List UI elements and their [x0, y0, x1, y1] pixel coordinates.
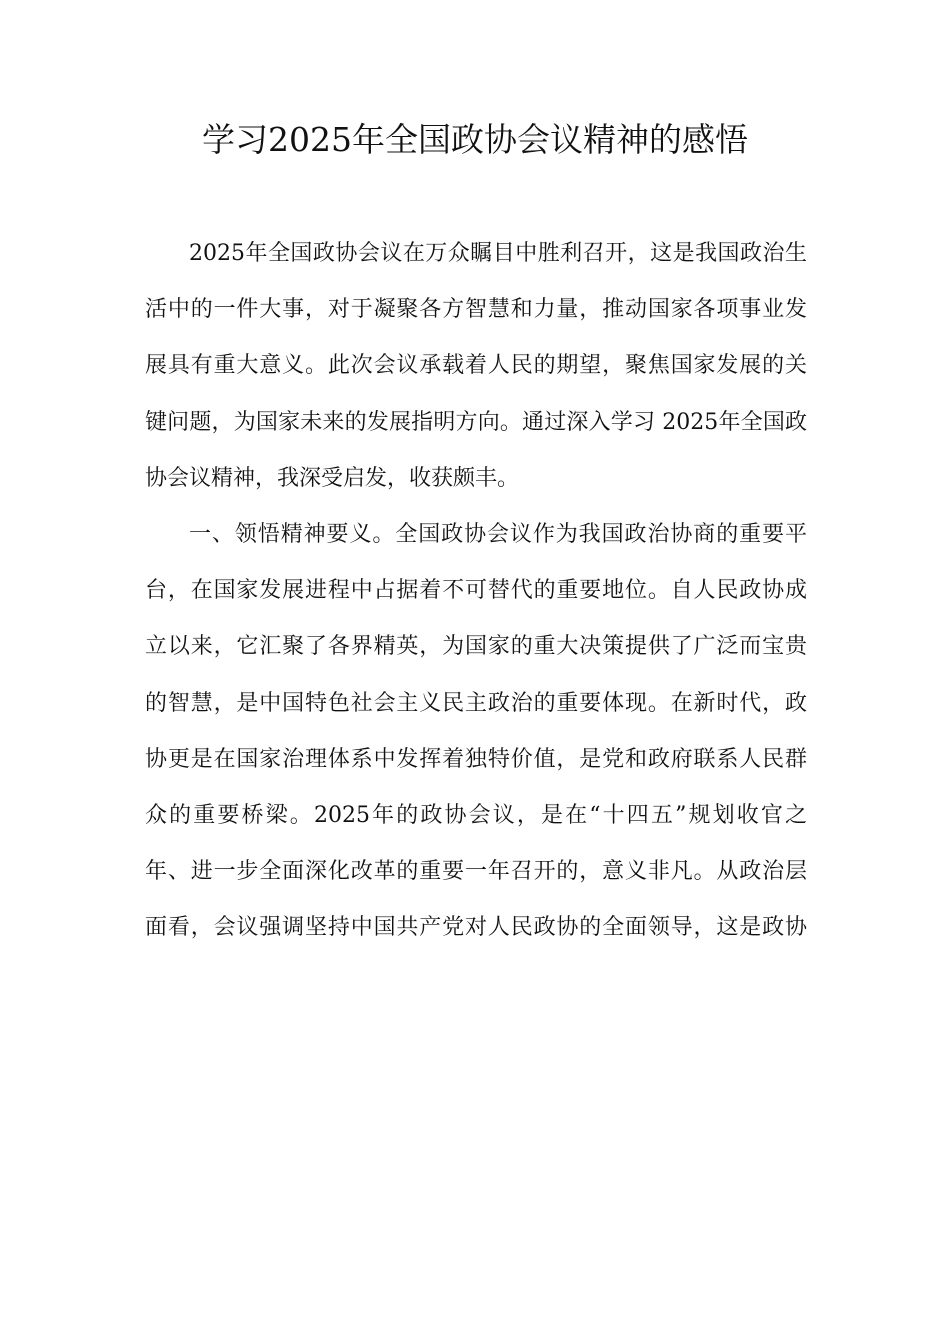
paragraph-intro: 2025年全国政协会议在万众瞩目中胜利召开，这是我国政治生 活中的一件大事，对于…: [145, 234, 807, 515]
text-line: 协会议精神，我深受启发，收获颇丰。: [145, 459, 807, 515]
document-body: 2025年全国政协会议在万众瞩目中胜利召开，这是我国政治生 活中的一件大事，对于…: [145, 234, 807, 964]
text-line: 立以来，它汇聚了各界精英，为国家的重大决策提供了广泛而宝贵: [145, 627, 807, 683]
text-line: 年、进一步全面深化改革的重要一年召开的，意义非凡。从政治层: [145, 852, 807, 908]
text-line: 活中的一件大事，对于凝聚各方智慧和力量，推动国家各项事业发: [145, 290, 807, 346]
document-page: 学习2025年全国政协会议精神的感悟 2025年全国政协会议在万众瞩目中胜利召开…: [0, 0, 950, 1344]
document-title: 学习2025年全国政协会议精神的感悟: [0, 118, 950, 162]
text-line: 面看，会议强调坚持中国共产党对人民政协的全面领导，这是政协: [145, 908, 807, 964]
text-line: 展具有重大意义。此次会议承载着人民的期望，聚焦国家发展的关: [145, 346, 807, 402]
text-line: 键问题，为国家未来的发展指明方向。通过深入学习 2025年全国政: [145, 403, 807, 459]
text-line: 的智慧，是中国特色社会主义民主政治的重要体现。在新时代，政: [145, 684, 807, 740]
paragraph-section-one: 一、领悟精神要义。全国政协会议作为我国政治协商的重要平 台，在国家发展进程中占据…: [145, 515, 807, 965]
text-line: 众的重要桥梁。2025年的政协会议，是在“十四五”规划收官之: [145, 796, 807, 852]
text-line: 一、领悟精神要义。全国政协会议作为我国政治协商的重要平: [145, 515, 807, 571]
text-line: 2025年全国政协会议在万众瞩目中胜利召开，这是我国政治生: [145, 234, 807, 290]
text-line: 台，在国家发展进程中占据着不可替代的重要地位。自人民政协成: [145, 571, 807, 627]
text-line: 协更是在国家治理体系中发挥着独特价值，是党和政府联系人民群: [145, 740, 807, 796]
